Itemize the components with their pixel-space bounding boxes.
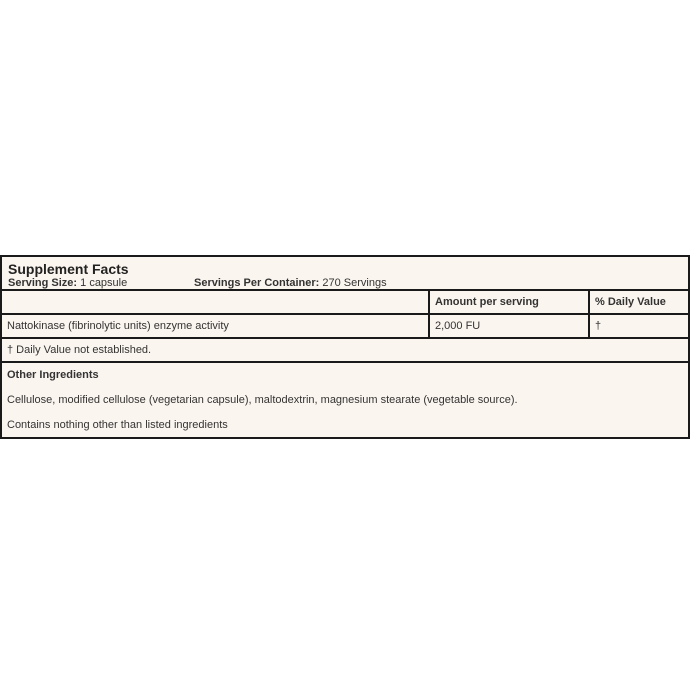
other-ingredients-heading: Other Ingredients — [7, 367, 683, 383]
ingredient-daily-value: † — [589, 314, 688, 338]
supplement-facts-panel: Supplement Facts Serving Size: 1 capsule… — [0, 255, 690, 439]
header-ingredient — [2, 291, 429, 314]
serving-size: Serving Size: 1 capsule — [8, 277, 127, 290]
serving-info: Serving Size: 1 capsule Servings Per Con… — [8, 277, 682, 290]
serving-size-value: 1 capsule — [80, 277, 127, 289]
servings-per-container-value: 270 Servings — [322, 277, 386, 289]
facts-table: Amount per serving % Daily Value Nattoki… — [2, 291, 688, 339]
table-header-row: Amount per serving % Daily Value — [2, 291, 688, 314]
serving-size-label: Serving Size: — [8, 277, 77, 289]
servings-per-container: Servings Per Container: 270 Servings — [194, 277, 387, 290]
daily-value-footnote: † Daily Value not established. — [2, 339, 688, 363]
other-ingredients-text: Cellulose, modified cellulose (vegetaria… — [7, 392, 683, 408]
table-row: Nattokinase (fibrinolytic units) enzyme … — [2, 314, 688, 338]
ingredient-amount: 2,000 FU — [429, 314, 589, 338]
header-amount: Amount per serving — [429, 291, 589, 314]
facts-header: Supplement Facts Serving Size: 1 capsule… — [2, 257, 688, 291]
ingredient-name: Nattokinase (fibrinolytic units) enzyme … — [2, 314, 429, 338]
other-ingredients-section: Other Ingredients Cellulose, modified ce… — [2, 363, 688, 437]
facts-title: Supplement Facts — [8, 261, 682, 277]
header-daily-value: % Daily Value — [589, 291, 688, 314]
servings-per-container-label: Servings Per Container: — [194, 277, 319, 289]
contains-nothing-note: Contains nothing other than listed ingre… — [7, 417, 683, 433]
